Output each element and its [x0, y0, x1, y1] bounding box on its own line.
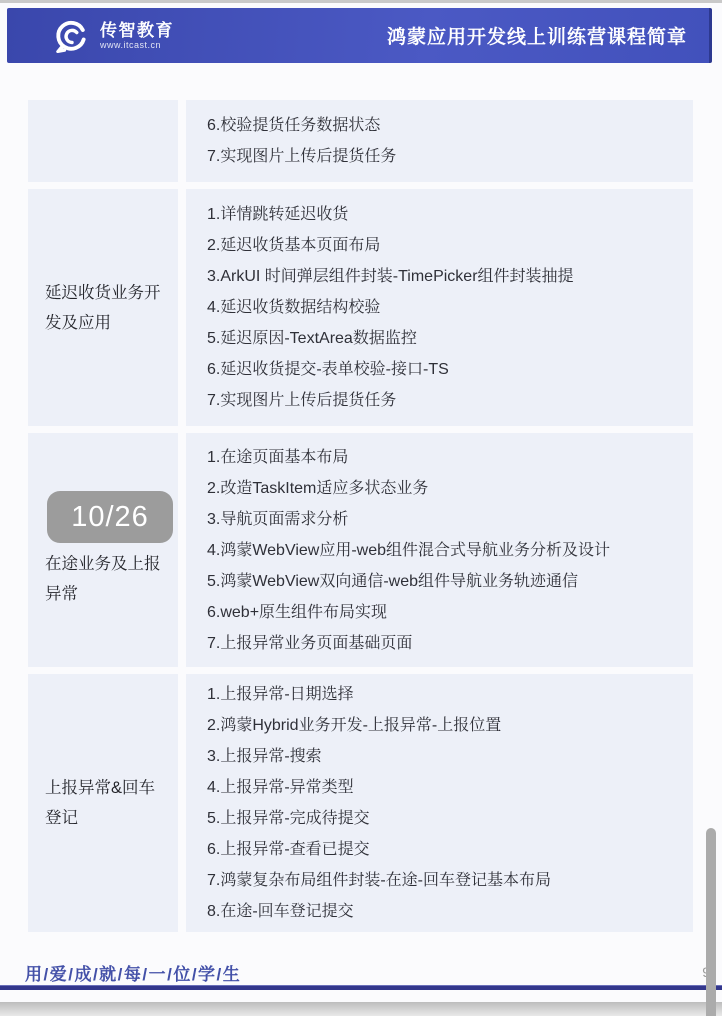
course-item: 1.详情跳转延迟收货 [207, 199, 693, 230]
course-item: 5.鸿蒙WebView双向通信-web组件导航业务轨迹通信 [207, 566, 693, 597]
row-label-cell [28, 100, 178, 182]
course-item: 5.上报异常-完成待提交 [207, 803, 693, 834]
row-items-cell: 1.详情跳转延迟收货2.延迟收货基本页面布局3.ArkUI 时间弹层组件封装-T… [186, 189, 693, 426]
table-row: 10/26 在途业务及上报异常 1.在途页面基本布局2.改造TaskItem适应… [28, 433, 693, 667]
course-item: 5.延迟原因-TextArea数据监控 [207, 323, 693, 354]
row-label-cell: 上报异常&回车登记 [28, 674, 178, 932]
row-label-cell: 10/26 在途业务及上报异常 [28, 433, 178, 667]
course-item: 1.在途页面基本布局 [207, 442, 693, 473]
course-item: 6.web+原生组件布局实现 [207, 597, 693, 628]
course-item: 6.上报异常-查看已提交 [207, 834, 693, 865]
course-item: 6.延迟收货提交-表单校验-接口-TS [207, 354, 693, 385]
course-schedule-table: 6.校验提货任务数据状态7.实现图片上传后提货任务 延迟收货业务开发及应用 1.… [28, 100, 693, 939]
footer-slogan: 用/爱/成/就/每/一/位/学/生 [25, 960, 241, 985]
row-items-cell: 1.上报异常-日期选择2.鸿蒙Hybrid业务开发-上报异常-上报位置3.上报异… [186, 674, 693, 932]
course-item: 8.在途-回车登记提交 [207, 896, 693, 927]
date-badge: 10/26 [47, 491, 173, 543]
course-item: 7.上报异常业务页面基础页面 [207, 628, 693, 659]
page-bottom-edge [0, 1002, 722, 1016]
course-item: 4.上报异常-异常类型 [207, 772, 693, 803]
table-row: 上报异常&回车登记 1.上报异常-日期选择2.鸿蒙Hybrid业务开发-上报异常… [28, 674, 693, 932]
row-label: 上报异常&回车登记 [45, 773, 168, 833]
row-label: 在途业务及上报异常 [45, 549, 168, 609]
course-item: 7.鸿蒙复杂布局组件封装-在途-回车登记基本布局 [207, 865, 693, 896]
course-item: 1.上报异常-日期选择 [207, 679, 693, 710]
course-item: 2.鸿蒙Hybrid业务开发-上报异常-上报位置 [207, 710, 693, 741]
row-items-cell: 6.校验提货任务数据状态7.实现图片上传后提货任务 [186, 100, 693, 182]
course-item: 2.延迟收货基本页面布局 [207, 230, 693, 261]
course-item: 7.实现图片上传后提货任务 [207, 385, 693, 416]
course-item: 3.上报异常-搜索 [207, 741, 693, 772]
row-label-cell: 延迟收货业务开发及应用 [28, 189, 178, 426]
logo-company-name: 传智教育 [100, 21, 174, 41]
table-row: 延迟收货业务开发及应用 1.详情跳转延迟收货2.延迟收货基本页面布局3.ArkU… [28, 189, 693, 426]
course-item: 6.校验提货任务数据状态 [207, 110, 693, 141]
page-top-edge [0, 0, 722, 3]
logo-website-url: www.itcast.cn [100, 40, 174, 50]
document-title: 鸿蒙应用开发线上训练营课程简章 [387, 22, 687, 49]
course-item: 4.延迟收货数据结构校验 [207, 292, 693, 323]
course-item: 3.ArkUI 时间弹层组件封装-TimePicker组件封装抽提 [207, 261, 693, 292]
vertical-scrollbar-thumb[interactable] [706, 828, 716, 1016]
course-item: 4.鸿蒙WebView应用-web组件混合式导航业务分析及设计 [207, 535, 693, 566]
footer-rule [0, 985, 722, 990]
row-items-cell: 1.在途页面基本布局2.改造TaskItem适应多状态业务3.导航页面需求分析4… [186, 433, 693, 667]
itcast-logo: 传智教育 www.itcast.cn [53, 17, 174, 55]
document-header: 传智教育 www.itcast.cn 鸿蒙应用开发线上训练营课程简章 [7, 8, 712, 63]
row-label: 延迟收货业务开发及应用 [45, 278, 168, 338]
itcast-swirl-logo-icon [53, 17, 91, 55]
course-item: 7.实现图片上传后提货任务 [207, 141, 693, 172]
table-row: 6.校验提货任务数据状态7.实现图片上传后提货任务 [28, 100, 693, 182]
course-item: 2.改造TaskItem适应多状态业务 [207, 473, 693, 504]
course-item: 3.导航页面需求分析 [207, 504, 693, 535]
